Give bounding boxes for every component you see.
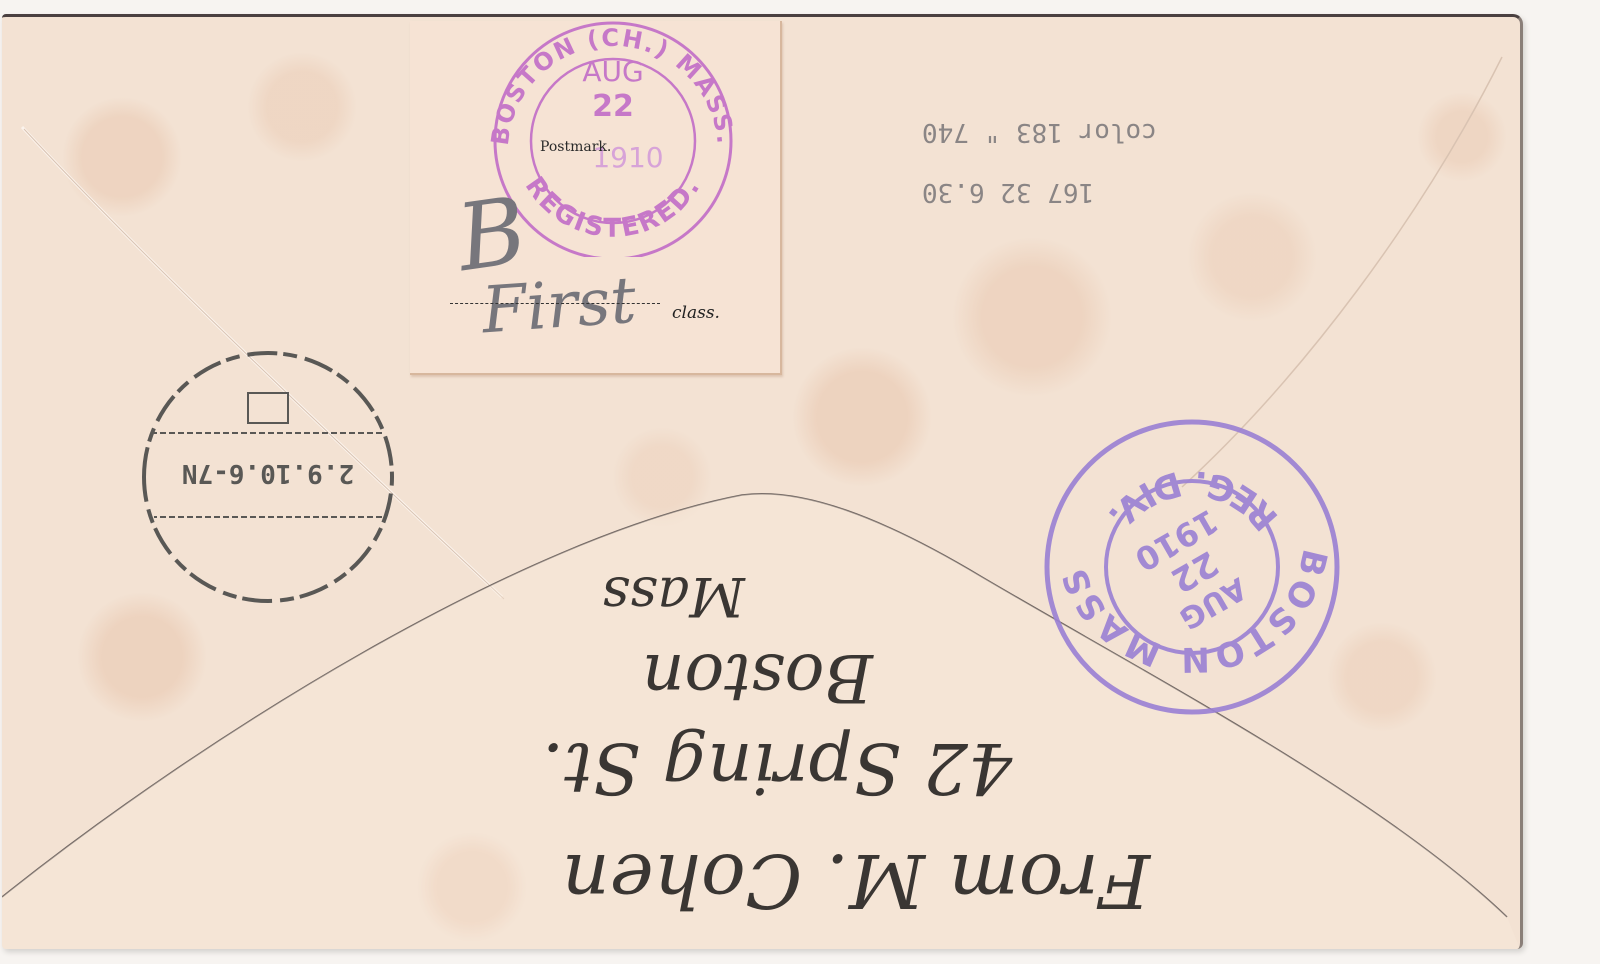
handwritten-class: First bbox=[480, 264, 639, 349]
sender-line-3: Boston bbox=[642, 639, 873, 716]
postmark-label: Postmark. bbox=[540, 139, 611, 155]
foreign-receiving-postmark: 2.9.10.6-7N bbox=[136, 345, 400, 609]
pencil-note-line1: color 183 " 740 bbox=[922, 117, 1157, 147]
svg-text:2.9.10.6-7N: 2.9.10.6-7N bbox=[182, 458, 354, 488]
envelope-back: BOSTON (CH.) MASS. REGISTERED. AUG 22 19… bbox=[2, 14, 1523, 949]
class-label: class. bbox=[672, 303, 720, 323]
registry-label: BOSTON (CH.) MASS. REGISTERED. AUG 22 19… bbox=[410, 21, 782, 375]
sender-line-1: From M. Cohen bbox=[562, 837, 1150, 923]
svg-text:22: 22 bbox=[592, 89, 634, 124]
sender-line-4: Mass bbox=[602, 565, 745, 628]
svg-text:REGISTERED.: REGISTERED. bbox=[519, 172, 707, 244]
sender-line-2: 42 Spring St. bbox=[542, 727, 1012, 809]
class-dashed-line bbox=[450, 303, 660, 304]
boston-reg-div-postmark: BOSTON MASS. REG. DIV. AUG 22 1910 bbox=[1042, 417, 1342, 717]
svg-text:AUG: AUG bbox=[582, 55, 643, 88]
pencil-note-line2: 167 32 6.30 bbox=[922, 177, 1094, 207]
